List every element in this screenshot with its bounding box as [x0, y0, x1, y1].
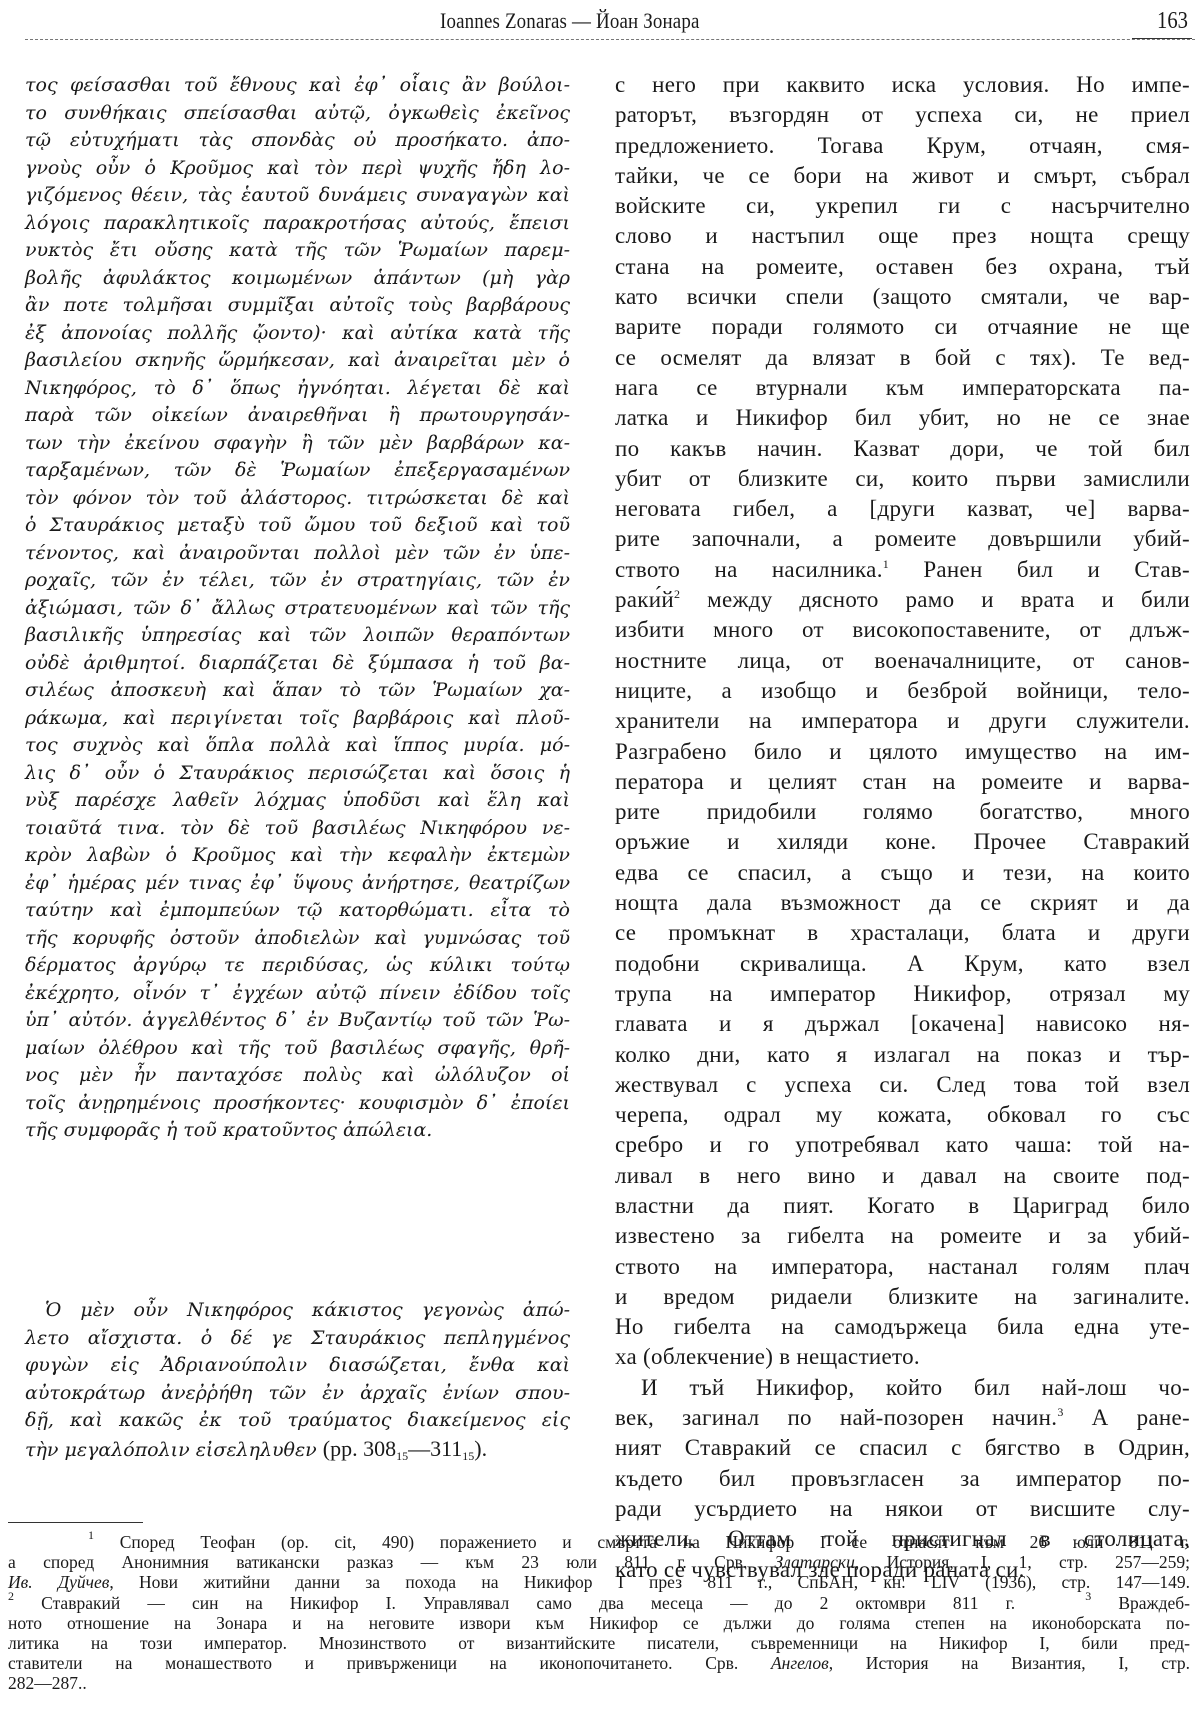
text-fragment: избити много от високопоставените, от дл… [615, 617, 1190, 642]
text-line: ἂν ποτε τολμῆσαι συμμῖξαι αὐτοῖς τοὺς βα… [25, 292, 570, 320]
text-fragment: убит от близките си, които първи замисли… [615, 466, 1190, 491]
text-line: νὺξ παρέσχε λαθεῖν λόχμας ὑποδῦσι καὶ ἕλ… [25, 787, 570, 815]
text-fragment: известено за гибелта на ромеите и за уби… [615, 1223, 1190, 1248]
text-line: се промъкнат в храсталаци, блата и други [615, 918, 1190, 948]
footnote-reference: 2 [674, 587, 680, 601]
text-fragment: стана на ромеите, оставен без охрана, тъ… [615, 254, 1190, 279]
footnote-line: литика на този император. Мнозинството о… [8, 1633, 1190, 1653]
author-name: Златарски [775, 1552, 855, 1572]
text-line: τοιαῦτά τινα. τὸν δὲ τοῦ βασιλέως Νικηφό… [25, 815, 570, 843]
text-line: Νικηφόρος, τὸ δ᾽ ὅπως ἠγνόηται. λέγεται … [25, 375, 570, 403]
text-fragment: раторът, възгордян от успеха си, не прие… [615, 102, 1190, 127]
text-line: се осмелят да влязат в бой с тях). Те ве… [615, 343, 1190, 373]
text-line: ὑπ᾽ αὐτόν. ἀγγελθέντος δ᾽ ἐν Βυζαντίῳ το… [25, 1007, 570, 1035]
text-fragment: варите поради голямото си отчаяние не ще [615, 314, 1190, 339]
text-line: нага се втурнали към императорската па- [615, 373, 1190, 403]
text-fragment: сребро и го употребявал като чаша: той н… [615, 1132, 1190, 1157]
text-line: ностните лица, от военачалниците, от сан… [615, 646, 1190, 676]
footnotes: 1 Според Теофан (op. cit, 490) поражение… [8, 1532, 1190, 1694]
text-line: ἐκέχρητο, οἶνόν τ᾽ ἐγχέων αὐτῷ πίνειν ἐδ… [25, 980, 570, 1008]
text-fragment: ството на императора, настанал голям пла… [615, 1254, 1190, 1279]
text-fragment: едва се спасил, а също и тези, на които [615, 860, 1190, 885]
text-fragment: рите започнали, а ромеите довършили убий… [615, 526, 1190, 551]
text-line: τοῖς ἀνῃρημένοις προσήκοντες· κουφισμὸν … [25, 1090, 570, 1118]
text-line: хранители на императора и други служител… [615, 706, 1190, 736]
text-line: рите започнали, а ромеите довършили убий… [615, 524, 1190, 554]
citation-suffix: ). [474, 1436, 487, 1461]
text-line: раки́й2 между дясното рамо и врата и бил… [615, 585, 1190, 615]
page-header: Ioannes Zonaras — Йоан Зонара 163 [0, 0, 1200, 60]
text-fragment: латка и Никифор бил убит, но не се знае [615, 405, 1190, 430]
text-line: убит от близките си, които първи замисли… [615, 464, 1190, 494]
footnote-text: Враждеб- [1118, 1593, 1190, 1613]
text-line: неговата гибел, а [други казват, че] вар… [615, 494, 1190, 524]
footnote-text: литика на този император. Мнозинството о… [8, 1633, 1190, 1653]
text-fragment: А ране- [1092, 1405, 1190, 1430]
text-fragment: жествувал с успеха си. След това той взе… [615, 1072, 1190, 1097]
text-fragment: ливал в него вино и давал на своите под- [615, 1163, 1190, 1188]
text-line: τος φείσασθαι τοῦ ἔθνους καὶ ἐφ᾽ οἷαις ἂ… [25, 72, 570, 100]
text-line: τῷ εὐτυχήματι τὰς σπονδὰς οὐ προσήκατο. … [25, 127, 570, 155]
text-fragment: черепа, одрал му кожата, обковал го със [615, 1102, 1190, 1127]
text-line: των τὴν ἐκείνου σφαγὴν ἢ τῶν μὲν βαρβάρω… [25, 430, 570, 458]
text-line: λις δ᾽ οὖν ὁ Σταυράκιος περισώζεται καὶ … [25, 760, 570, 788]
text-line: жествувал с успеха си. След това той взе… [615, 1070, 1190, 1100]
text-line: το συνθήκαις σπείσασθαι αὐτῷ, ὀγκωθεὶς ἐ… [25, 100, 570, 128]
text-fragment: се промъкнат в храсталаци, блата и други [615, 920, 1190, 945]
text-line: тайки, че се бори на живот и смърт, събр… [615, 161, 1190, 191]
text-line: ради усърдието на някои от висшите слу- [615, 1494, 1190, 1524]
greek-text-paragraph-2: Ὁ μὲν οὖν Νικηφόρος κάκιστος γεγονὼς ἀπώ… [25, 1297, 570, 1462]
text-fragment: се осмелят да влязат в бой с тях). Те ве… [615, 345, 1190, 370]
text-line: трупа на император Никифор, отрязал му [615, 979, 1190, 1009]
text-fragment: и вредом ридаели близките на загиналите. [615, 1284, 1190, 1309]
header-rule [25, 39, 1195, 40]
footnote-reference: 1 [883, 557, 889, 571]
text-line: παρὰ τῶν οἰκείων ἀναιρεθῆναι ἢ πρωτουργη… [25, 402, 570, 430]
text-line: войските си, укрепил ги с насърчително [615, 191, 1190, 221]
text-line: τὸν φόνον τὸν τοῦ ἀλάστορος. τιτρώσκεται… [25, 485, 570, 513]
text-line: нощта дала възможност да се скрият и да [615, 888, 1190, 918]
footnote-line: ното отношение на Зонара и на неговите и… [8, 1613, 1190, 1633]
text-fragment: хранители на императора и други служител… [615, 708, 1190, 733]
text-fragment: ностните лица, от военачалниците, от сан… [615, 648, 1190, 673]
footnote-text: 282—287.. [8, 1673, 87, 1693]
text-fragment: ператора и целият стан на ромеите и варв… [615, 769, 1190, 794]
text-line: Ὁ μὲν οὖν Νικηφόρος κάκιστος γεγονὼς ἀπώ… [25, 1297, 570, 1325]
text-line: βολῆς ἀφυλάκτος κοιμωμένων ἁπάντων (μὴ γ… [25, 265, 570, 293]
text-line: ὁ Σταυράκιος μεταξὺ τοῦ ὤμου τοῦ δεξιοῦ … [25, 512, 570, 540]
text-fragment: където бил провъзгласен за император по- [615, 1466, 1190, 1491]
text-fragment: неговата гибел, а [други казват, че] вар… [615, 496, 1190, 521]
text-line: φυγὼν εἰς Ἀδριανούπολιν διασώζεται, ἔνθα… [25, 1352, 570, 1380]
text-line: и вредом ридаели близките на загиналите. [615, 1282, 1190, 1312]
text-line: слово и настъпил още през нощта срещу [615, 221, 1190, 251]
text-line: избити много от високопоставените, от дл… [615, 615, 1190, 645]
text-line: Но гибелта на самодържеца била една уте- [615, 1312, 1190, 1342]
text-line: ният Ставракий се спасил с бягство в Одр… [615, 1433, 1190, 1463]
text-fragment: Ранен бил и Став- [923, 557, 1190, 582]
page-citation: (pp. 30815—31115). [323, 1436, 487, 1461]
text-line: τένοντος, καὶ ἀναιροῦνται πολλοὶ μὲν τῶν… [25, 540, 570, 568]
footnote-text: , История на Византия, I, стр. [829, 1653, 1190, 1673]
text-line: βασιλείου σκηνῆς ὥρμήκεσαν, καὶ ἀναιρεῖτ… [25, 347, 570, 375]
text-fragment: подобни скривалища. А Крум, като взел [615, 951, 1190, 976]
text-line: κρὸν λαβὼν ὁ Κροῦμος καὶ τὴν κεφαλὴν ἐκτ… [25, 842, 570, 870]
text-line: τῆς συμφορᾶς ἡ τοῦ κρατοῦντος ἀπώλεια. [25, 1117, 570, 1145]
text-fragment: тайки, че се бори на живот и смърт, събр… [615, 163, 1190, 188]
footnote-line: 2 Ставракий — син на Никифор I. Управляв… [8, 1593, 1190, 1613]
text-line: σιλέως ἀποσκευὴ καὶ ἅπαν τὸ τῶν Ῥωμαίων … [25, 677, 570, 705]
text-fragment: слово и настъпил още през нощта срещу [615, 223, 1190, 248]
text-fragment: ният Ставракий се спасил с бягство в Одр… [615, 1435, 1190, 1460]
text-fragment: ха (облекчение) в нещастието. [615, 1344, 920, 1369]
text-line: варите поради голямото си отчаяние не ще [615, 312, 1190, 342]
text-line: ператора и целият стан на ромеите и варв… [615, 767, 1190, 797]
text-line: с него при каквито иска условия. Но импе… [615, 70, 1190, 100]
text-fragment: Разграбено било и цялото имущество на им… [615, 739, 1190, 764]
footnote-mark: 3 [1085, 1589, 1091, 1603]
text-line: λετο αἴσχιστα. ὁ δέ γε Σταυράκιος πεπληγ… [25, 1325, 570, 1353]
text-line: ството на насилника.1 Ранен бил и Став- [615, 555, 1190, 585]
citation-dash: —311 [408, 1436, 462, 1461]
text-fragment: Но гибелта на самодържеца била една уте- [615, 1314, 1190, 1339]
page-number: 163 [1157, 8, 1188, 35]
footnote-line: 1 Според Теофан (op. cit, 490) поражение… [8, 1532, 1190, 1552]
text-line: γιζόμενος θέειν, τὰς ἑαυτοῦ δυνάμεις συν… [25, 182, 570, 210]
text-line: ниците, а изобщо и безброй войници, тело… [615, 676, 1190, 706]
text-line: колко дни, като я излагал на показ и тър… [615, 1040, 1190, 1070]
author-name: Ив. Дуйчев [8, 1572, 109, 1592]
running-title: Ioannes Zonaras — Йоан Зонара [440, 8, 700, 34]
text-line: νυκτὸς ἔτι οὔσης κατὰ τῆς τῶν Ῥωμαίων πα… [25, 237, 570, 265]
bulgarian-translation-column: с него при каквито иска условия. Но импе… [615, 70, 1190, 1585]
citation-sub: 15 [462, 1449, 474, 1463]
text-fragment: по какъв начин. Казват дори, че той бил [615, 436, 1190, 461]
text-line: оръжие и хиляди коне. Прочее Ставракий [615, 827, 1190, 857]
footnote-text: Според Теофан (op. cit, 490) поражението… [120, 1532, 1190, 1552]
text-fragment: ството на насилника. [615, 557, 883, 582]
greek-text-column: τος φείσασθαι τοῦ ἔθνους καὶ ἐφ᾽ οἷαις ἂ… [25, 72, 570, 1145]
text-line: ταύτην καὶ ἐμπομπεύων τῷ κατορθώματι. εἶ… [25, 897, 570, 925]
text-fragment: главата и я държал [окачена] нависоко ня… [615, 1011, 1190, 1036]
text-line: ράκωμα, καὶ περιγίνεται τοῖς βαρβάροις κ… [25, 705, 570, 733]
footnote-line: ставители на монашеството и привърженици… [8, 1653, 1190, 1673]
text-fragment: с него при каквито иска условия. Но импе… [615, 72, 1190, 97]
author-name: Ангелов [771, 1653, 829, 1673]
text-line: век, загинал по най-позорен начин.3 А ра… [615, 1403, 1190, 1433]
text-fragment: век, загинал по най-позорен начин. [615, 1405, 1057, 1430]
footnote-mark: 2 [8, 1589, 14, 1603]
text-line: αὐτοκράτωρ ἀνεῤῥήθη τῶν ἐν ἀρχαῖς ἐνίων … [25, 1380, 570, 1408]
footnote-text: ставители на монашеството и привърженици… [8, 1653, 771, 1673]
text-line: δῇ, καὶ κακῶς ἐκ τοῦ τραύματος διακείμεν… [25, 1407, 570, 1435]
footnote-text: ното отношение на Зонара и на неговите и… [8, 1613, 1190, 1633]
footnote-line: 282—287.. [8, 1673, 1190, 1693]
text-line: ταρξαμένων, τῶν δὲ Ῥωμαίων ἐπεξεργασαμέν… [25, 457, 570, 485]
text-line: където бил провъзгласен за император по- [615, 1464, 1190, 1494]
text-line: τὴν μεγαλόπολιν εἰσεληλυθεν (pp. 30815—3… [25, 1435, 570, 1463]
text-fragment: τὴν μεγαλόπολιν εἰσεληλυθεν [25, 1439, 317, 1461]
text-line: οὐδὲ ἀριθμητοί. διαρπάζεται δὲ ξύμπασα ἡ… [25, 650, 570, 678]
text-line: рите придобили голямо богатство, много [615, 797, 1190, 827]
text-line: μαίων ὀλέθρου καὶ τῆς τοῦ βασιλέως σφαγῆ… [25, 1035, 570, 1063]
footnote-text: а според Анонимния ватикански разказ — к… [8, 1552, 775, 1572]
text-line: ἐξ ἀπονοίας πολλῆς ᾤοντο)· καὶ αὐτίκα κα… [25, 320, 570, 348]
text-line: λόγοις παρακλητικοῖς παρακροτήσας αὐτούς… [25, 210, 570, 238]
text-line: главата и я държал [окачена] нависоко ня… [615, 1009, 1190, 1039]
text-line: И тъй Никифор, който бил най-лош чо- [615, 1373, 1190, 1403]
text-line: νος μὲν ἦν πανταχόσε πολὺς καὶ ὠλόλυζον … [25, 1062, 570, 1090]
text-line: βασιλικῆς ὑπηρεσίας καὶ τῶν λοιπῶν θεραπ… [25, 622, 570, 650]
text-fragment: войските си, укрепил ги с насърчително [615, 193, 1190, 218]
text-line: властни да пият. Когато в Цариград било [615, 1191, 1190, 1221]
text-fragment: колко дни, като я излагал на показ и тър… [615, 1042, 1190, 1067]
text-fragment: нощта дала възможност да се скрият и да [615, 890, 1190, 915]
text-line: ροχαῖς, τῶν ἐν τέλει, τῶν ἐν στρατηγίαις… [25, 567, 570, 595]
text-fragment: И тъй Никифор, който бил най-лош чо- [641, 1375, 1190, 1400]
text-line: γνοὺς οὖν ὁ Κροῦμος καὶ τὸν περὶ ψυχῆς ἤ… [25, 155, 570, 183]
text-fragment: ниците, а изобщо и безброй войници, тело… [615, 678, 1190, 703]
text-fragment: трупа на император Никифор, отрязал му [615, 981, 1190, 1006]
footnote-rule [8, 1522, 143, 1523]
text-line: стана на ромеите, оставен без охрана, тъ… [615, 252, 1190, 282]
text-fragment: властни да пият. Когато в Цариград било [615, 1193, 1190, 1218]
text-fragment: нага се втурнали към императорската па- [615, 375, 1190, 400]
text-line: сребро и го употребявал като чаша: той н… [615, 1130, 1190, 1160]
text-line: τος συχνὸς καὶ ὅπλα πολλὰ καὶ ἵππος μυρί… [25, 732, 570, 760]
text-fragment: оръжие и хиляди коне. Прочее Ставракий [615, 829, 1190, 854]
text-fragment: между дясното рамо и врата и били [707, 587, 1190, 612]
footnote-text: , Нови житийни данни за похода на Никифо… [109, 1572, 1190, 1592]
text-line: известено за гибелта на ромеите и за уби… [615, 1221, 1190, 1251]
text-line: ἐφ᾽ ἡμέρας μέν τινας ἐφ᾽ ὕψους ἀνήρτησε,… [25, 870, 570, 898]
citation-sub: 15 [396, 1449, 408, 1463]
footnote-text: Ставракий — син на Никифор I. Управлявал… [41, 1593, 1015, 1613]
text-fragment: предложението. Тогава Крум, отчаян, смя- [615, 133, 1190, 158]
text-line: подобни скривалища. А Крум, като взел [615, 949, 1190, 979]
text-line: ството на императора, настанал голям пла… [615, 1252, 1190, 1282]
text-line: ха (облекчение) в нещастието. [615, 1342, 1190, 1372]
text-fragment: ради усърдието на някои от висшите слу- [615, 1496, 1190, 1521]
text-fragment: раки́й [615, 587, 674, 612]
text-fragment: рите придобили голямо богатство, много [615, 799, 1190, 824]
text-line: латка и Никифор бил убит, но не се знае [615, 403, 1190, 433]
text-line: раторът, възгордян от успеха си, не прие… [615, 100, 1190, 130]
footnote-mark: 1 [88, 1528, 94, 1542]
footnote-reference: 3 [1057, 1405, 1063, 1419]
footnote-line: Ив. Дуйчев, Нови житийни данни за похода… [8, 1572, 1190, 1592]
footnote-text: , История, I, 1, стр. 257—259; [855, 1552, 1190, 1572]
header-rule-end [1132, 38, 1192, 39]
citation-prefix: (pp. 308 [323, 1436, 396, 1461]
footnote-line: а според Анонимния ватикански разказ — к… [8, 1552, 1190, 1572]
text-line: δέρματος ἀργύρῳ τε περιδύσας, ὡς κύλικι … [25, 952, 570, 980]
text-line: по какъв начин. Казват дори, че той бил [615, 434, 1190, 464]
text-line: като всички спели (защото смятали, че ва… [615, 282, 1190, 312]
text-line: ἀξιώμασι, τῶν δ᾽ ἄλλως στρατευομένων καὶ… [25, 595, 570, 623]
text-line: предложението. Тогава Крум, отчаян, смя- [615, 131, 1190, 161]
text-line: τῆς κορυφῆς ὀστοῦν ἀποδιελὼν καὶ γυμνώσα… [25, 925, 570, 953]
text-line: Разграбено било и цялото имущество на им… [615, 737, 1190, 767]
text-fragment: като всички спели (защото смятали, че ва… [615, 284, 1190, 309]
text-line: ливал в него вино и давал на своите под- [615, 1161, 1190, 1191]
text-line: черепа, одрал му кожата, обковал го със [615, 1100, 1190, 1130]
text-line: едва се спасил, а също и тези, на които [615, 858, 1190, 888]
